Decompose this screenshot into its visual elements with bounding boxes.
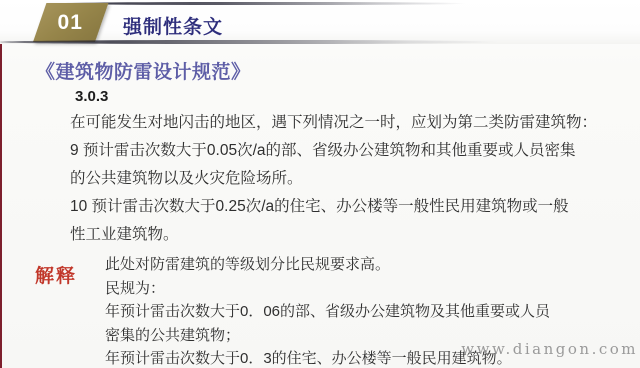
section-number-badge: 01 <box>33 3 108 42</box>
section-title: 强制性条文 <box>123 12 223 39</box>
clause-line: 性工业建筑物。 <box>70 221 630 249</box>
explanation-line: 年预计雷击次数大于0．06的部、省级办公建筑物及其他重要或人员 <box>105 300 605 324</box>
document-title: 《建筑物防雷设计规范》 <box>36 57 251 84</box>
slide: 01 强制性条文 《建筑物防雷设计规范》 3.0.3 在可能发生对地闪击的地区，… <box>0 0 640 368</box>
clause-line: 的公共建筑物以及火灾危险场所。 <box>70 165 630 193</box>
header-top-shadow <box>55 2 467 5</box>
header-band: 01 强制性条文 <box>0 0 640 44</box>
explanation-line: 此处对防雷建筑的等级划分比民规要求高。 <box>105 253 605 277</box>
header-bottom-shadow <box>0 40 500 44</box>
clause-number: 3.0.3 <box>75 88 108 105</box>
explanation-line: 民规为： <box>105 277 605 301</box>
left-accent-line <box>0 8 2 368</box>
clause-line: 10 预计雷击次数大于0.25次/a的住宅、办公楼等一般性民用建筑物或一般 <box>70 193 630 221</box>
clause-text: 在可能发生对地闪击的地区，遇下列情况之一时，应划为第二类防雷建筑物： 9 预计雷… <box>70 109 630 249</box>
clause-line: 在可能发生对地闪击的地区，遇下列情况之一时，应划为第二类防雷建筑物： <box>70 109 630 137</box>
section-number: 01 <box>58 11 83 35</box>
clause-line: 9 预计雷击次数大于0.05次/a的部、省级办公建筑物和其他重要或人员密集 <box>70 137 630 165</box>
watermark: www.diangon.com <box>461 340 638 358</box>
explanation-label: 解释 <box>35 261 77 288</box>
